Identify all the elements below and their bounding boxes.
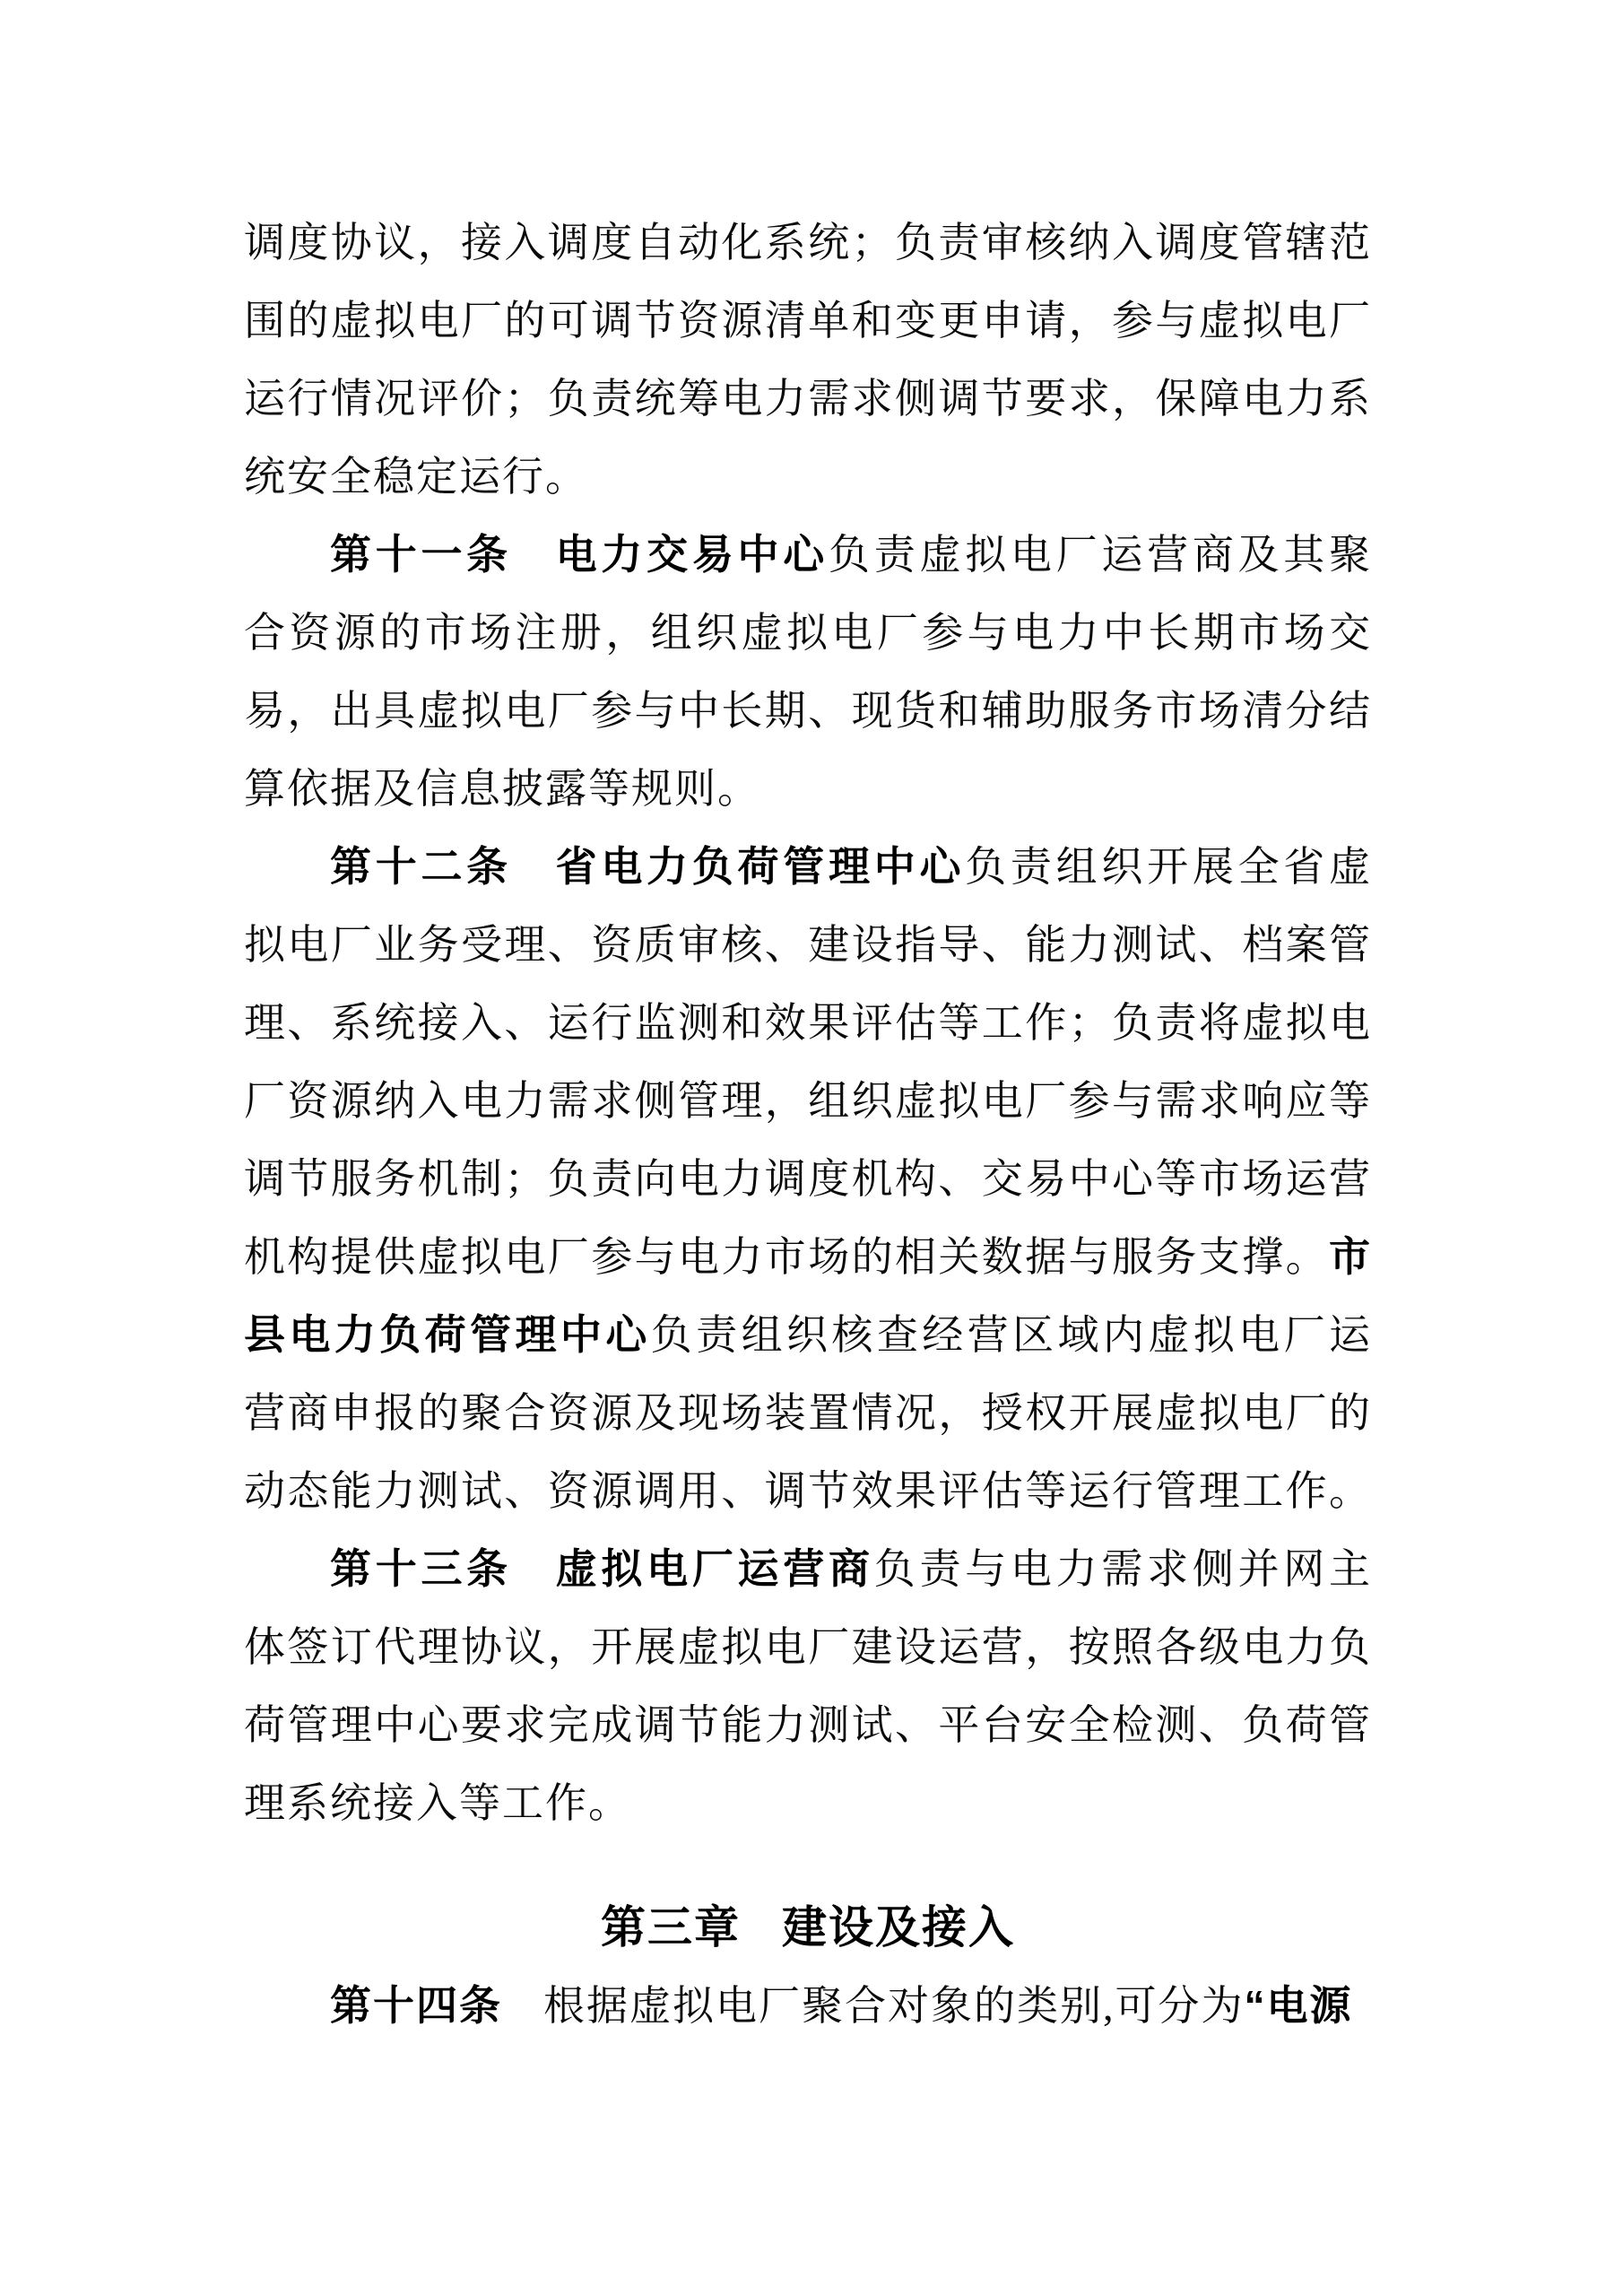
- word-space: [741, 1942, 782, 1943]
- text-segment: 根据虚拟电厂聚合对象的类别,可分为: [543, 1983, 1245, 2029]
- text-line: 调节服务机制；负责向电力调度机构、交易中心等市场运营: [244, 1140, 1372, 1218]
- text-segment: 动态能力测试、资源调用、调节效果评估等运行管理工作。: [244, 1468, 1372, 1514]
- text-line: 运行情况评价；负责统筹电力需求侧调节要求，保障电力系: [244, 360, 1372, 438]
- word-space: [502, 2019, 543, 2020]
- text-line-article-13: 第十三条虚拟电厂运营商负责与电力需求侧并网主: [244, 1530, 1372, 1608]
- text-segment: 负责与电力需求侧并网主: [874, 1546, 1372, 1592]
- word-space: [512, 568, 553, 569]
- text-segment: 理系统接入等工作。: [244, 1780, 631, 1826]
- text-segment: 调度协议，接入调度自动化系统；负责审核纳入调度管辖范: [244, 220, 1372, 265]
- text-line: 围的虚拟电厂的可调节资源清单和变更申请，参与虚拟电厂: [244, 282, 1372, 360]
- text-segment: 体签订代理协议，开展虚拟电厂建设运营，按照各级电力负: [244, 1624, 1372, 1670]
- text-line: 营商申报的聚合资源及现场装置情况，授权开展虚拟电厂的: [244, 1374, 1372, 1452]
- article-label: 第十二条: [330, 843, 512, 890]
- text-line-article-11: 第十一条电力交易中心负责虚拟电厂运营商及其聚: [244, 516, 1372, 594]
- word-space: [512, 880, 553, 881]
- vertical-spacer: [244, 1842, 1372, 1889]
- text-line: 机构提供虚拟电厂参与电力市场的相关数据与服务支撑。市: [244, 1218, 1372, 1296]
- document-page: 调度协议，接入调度自动化系统；负责审核纳入调度管辖范 围的虚拟电厂的可调节资源清…: [0, 0, 1623, 2296]
- article-label: 第十三条: [330, 1545, 512, 1592]
- text-line: 调度协议，接入调度自动化系统；负责审核纳入调度管辖范: [244, 204, 1372, 282]
- entity-name: 电力交易中心: [553, 531, 829, 578]
- text-line-article-14: 第十四条根据虚拟电厂聚合对象的类别,可分为“电源: [244, 1967, 1372, 2045]
- chapter-number: 第三章: [601, 1902, 741, 1952]
- text-segment: 统安全稳定运行。: [244, 454, 588, 500]
- chapter-title: 建设及接入: [782, 1902, 1015, 1952]
- text-line: 厂资源纳入电力需求侧管理，组织虚拟电厂参与需求响应等: [244, 1062, 1372, 1140]
- document-body: 调度协议，接入调度自动化系统；负责审核纳入调度管辖范 围的虚拟电厂的可调节资源清…: [244, 204, 1372, 2045]
- text-line: 合资源的市场注册，组织虚拟电厂参与电力中长期市场交: [244, 594, 1372, 672]
- text-segment: 拟电厂业务受理、资质审核、建设指导、能力测试、档案管: [244, 922, 1372, 968]
- text-segment: 运行情况评价；负责统筹电力需求侧调节要求，保障电力系: [244, 376, 1372, 422]
- text-segment: 机构提供虚拟电厂参与电力市场的相关数据与服务支撑。: [244, 1234, 1329, 1280]
- text-segment: 易，出具虚拟电厂参与中长期、现货和辅助服务市场清分结: [244, 688, 1372, 734]
- text-segment: 理、系统接入、运行监测和效果评估等工作；负责将虚拟电: [244, 1000, 1372, 1046]
- entity-name: 省电力负荷管理中心: [553, 843, 965, 890]
- text-segment: 负责组织核查经营区域内虚拟电厂运: [651, 1312, 1372, 1358]
- text-segment: 围的虚拟电厂的可调节资源清单和变更申请，参与虚拟电厂: [244, 298, 1372, 344]
- article-label: 第十四条: [330, 1982, 502, 2029]
- text-line: 易，出具虚拟电厂参与中长期、现货和辅助服务市场清分结: [244, 672, 1372, 750]
- entity-name: 县电力负荷管理中心: [244, 1311, 651, 1358]
- text-line: 理、系统接入、运行监测和效果评估等工作；负责将虚拟电: [244, 984, 1372, 1062]
- word-space: [512, 1582, 553, 1583]
- text-segment: 合资源的市场注册，组织虚拟电厂参与电力中长期市场交: [244, 610, 1372, 656]
- entity-name: 市: [1329, 1233, 1372, 1280]
- text-segment: 算依据及信息披露等规则。: [244, 766, 760, 812]
- text-line: 算依据及信息披露等规则。: [244, 750, 1372, 828]
- text-segment: 营商申报的聚合资源及现场装置情况，授权开展虚拟电厂的: [244, 1390, 1372, 1436]
- text-line: 体签订代理协议，开展虚拟电厂建设运营，按照各级电力负: [244, 1608, 1372, 1686]
- text-segment: 荷管理中心要求完成调节能力测试、平台安全检测、负荷管: [244, 1702, 1372, 1748]
- entity-name: 虚拟电厂运营商: [553, 1545, 874, 1592]
- text-line: 县电力负荷管理中心负责组织核查经营区域内虚拟电厂运: [244, 1296, 1372, 1374]
- article-label: 第十一条: [330, 531, 512, 578]
- text-line: 统安全稳定运行。: [244, 438, 1372, 516]
- text-segment: 负责组织开展全省虚: [965, 844, 1372, 890]
- text-segment: 负责虚拟电厂运营商及其聚: [829, 532, 1372, 578]
- text-line: 理系统接入等工作。: [244, 1764, 1372, 1842]
- text-line-article-12: 第十二条省电力负荷管理中心负责组织开展全省虚: [244, 828, 1372, 906]
- text-line: 荷管理中心要求完成调节能力测试、平台安全检测、负荷管: [244, 1686, 1372, 1764]
- text-segment: 调节服务机制；负责向电力调度机构、交易中心等市场运营: [244, 1156, 1372, 1202]
- quoted-term: “电源: [1245, 1982, 1353, 2029]
- chapter-heading: 第三章建设及接入: [244, 1889, 1372, 1967]
- text-segment: 厂资源纳入电力需求侧管理，组织虚拟电厂参与需求响应等: [244, 1078, 1372, 1124]
- text-line: 拟电厂业务受理、资质审核、建设指导、能力测试、档案管: [244, 906, 1372, 984]
- text-line: 动态能力测试、资源调用、调节效果评估等运行管理工作。: [244, 1452, 1372, 1530]
